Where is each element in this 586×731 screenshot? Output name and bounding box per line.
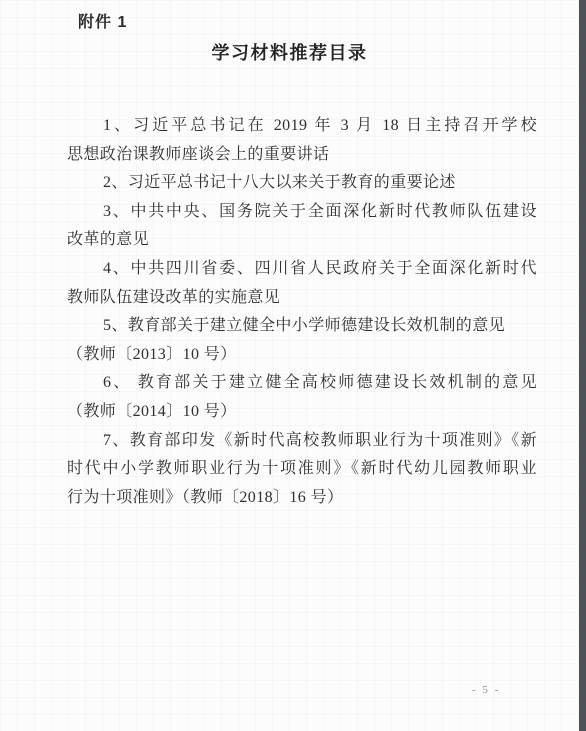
item-line: （教师〔2014〕10 号） <box>67 398 537 427</box>
item-line: 7、教育部印发《新时代高校教师职业行为十项准则》《新 <box>67 427 537 456</box>
item-line: 思想政治课教师座谈会上的重要讲话 <box>67 141 537 170</box>
list-item: 1、习近平总书记在 2019 年 3 月 18 日主持召开学校 思想政治课教师座… <box>67 112 537 169</box>
list-item: 5、教育部关于建立健全中小学师德建设长效机制的意见 （教师〔2013〕10 号） <box>67 312 537 369</box>
list-item: 3、中共中央、国务院关于全面深化新时代教师队伍建设 改革的意见 <box>67 198 537 255</box>
item-line: 改革的意见 <box>67 226 537 255</box>
item-line: 1、习近平总书记在 2019 年 3 月 18 日主持召开学校 <box>67 112 537 141</box>
item-line: 4、中共四川省委、四川省人民政府关于全面深化新时代 <box>67 255 537 284</box>
item-line: 5、教育部关于建立健全中小学师德建设长效机制的意见 <box>67 312 537 341</box>
attachment-label: 附件 1 <box>78 9 127 32</box>
item-line: 2、习近平总书记十八大以来关于教育的重要论述 <box>67 169 537 198</box>
list-item: 7、教育部印发《新时代高校教师职业行为十项准则》《新 时代中小学教师职业行为十项… <box>67 427 537 513</box>
list-item: 4、中共四川省委、四川省人民政府关于全面深化新时代 教师队伍建设改革的实施意见 <box>67 255 537 312</box>
item-line: 3、中共中央、国务院关于全面深化新时代教师队伍建设 <box>67 198 537 227</box>
list-item: 6、 教育部关于建立健全高校师德建设长效机制的意见 （教师〔2014〕10 号） <box>67 369 537 426</box>
item-line: （教师〔2013〕10 号） <box>67 341 537 370</box>
window-right-edge-bar <box>579 0 586 731</box>
item-line: 时代中小学教师职业行为十项准则》《新时代幼儿园教师职业 <box>67 455 537 484</box>
document-page: 附件 1 学习材料推荐目录 1、习近平总书记在 2019 年 3 月 18 日主… <box>0 0 586 731</box>
item-line: 6、 教育部关于建立健全高校师德建设长效机制的意见 <box>67 369 537 398</box>
item-line: 教师队伍建设改革的实施意见 <box>67 284 537 313</box>
item-line: 行为十项准则》（教师〔2018〕16 号） <box>67 484 537 513</box>
page-title: 学习材料推荐目录 <box>0 39 579 65</box>
recommended-materials-list: 1、习近平总书记在 2019 年 3 月 18 日主持召开学校 思想政治课教师座… <box>67 112 537 512</box>
page-number: - 5 - <box>472 684 500 696</box>
list-item: 2、习近平总书记十八大以来关于教育的重要论述 <box>67 169 537 198</box>
